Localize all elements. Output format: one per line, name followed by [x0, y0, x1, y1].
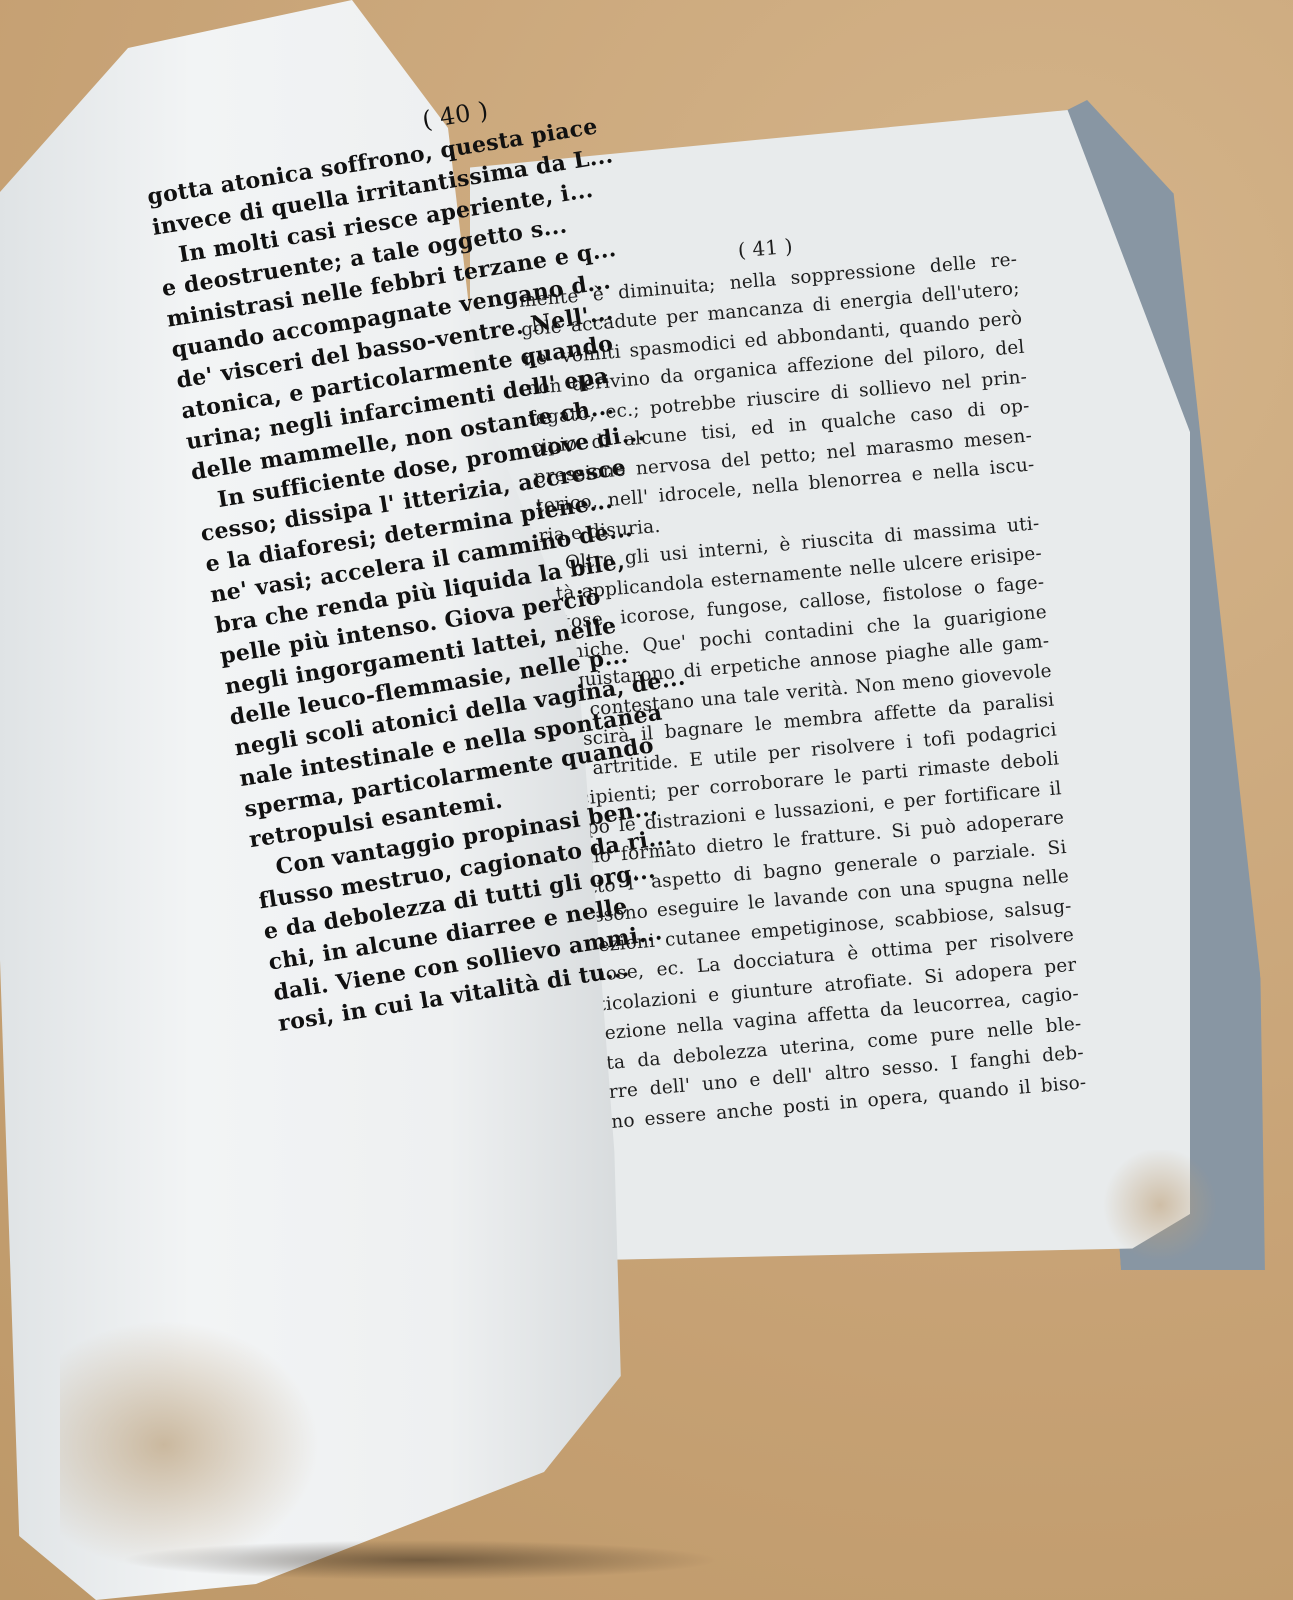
- page-shadow: [120, 1540, 720, 1580]
- water-stain-right: [1100, 1150, 1220, 1260]
- water-stain-left: [60, 1320, 320, 1570]
